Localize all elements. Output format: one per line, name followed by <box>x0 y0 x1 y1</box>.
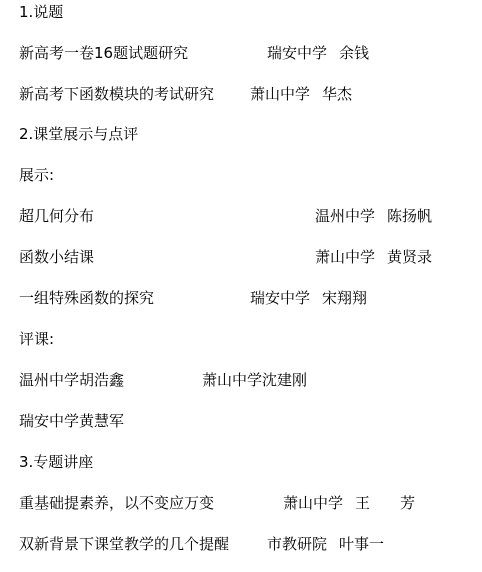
lecture-row: 双新背景下课堂教学的几个提醒 市教研院 叶事一 <box>19 534 38 554</box>
subheading-show: 展示: <box>19 165 38 185</box>
show-teacher: 宋翔翔 <box>322 288 367 308</box>
talk-speaker: 余钱 <box>339 43 369 63</box>
subheading-review: 评课: <box>19 329 38 349</box>
talk-school: 瑞安中学 <box>267 43 327 63</box>
reviewer: 萧山中学沈建刚 <box>202 370 307 390</box>
talk-row: 新高考下函数模块的考试研究 萧山中学 华杰 <box>19 84 38 104</box>
lecture-school: 萧山中学 <box>283 493 343 513</box>
show-teacher: 陈扬帆 <box>387 206 432 226</box>
talk-speaker: 华杰 <box>322 84 352 104</box>
talk-row: 新高考一卷16题试题研究 瑞安中学 余钱 <box>19 43 38 63</box>
show-school: 萧山中学 <box>315 247 375 267</box>
reviewer-row: 瑞安中学黄慧军 <box>19 411 38 431</box>
section-heading-2: 2.课堂展示与点评 <box>19 124 38 144</box>
lecture-school: 市教研院 <box>267 534 327 554</box>
show-row: 超几何分布 温州中学 陈扬帆 <box>19 206 38 226</box>
lecture-speaker: 叶事一 <box>339 534 384 554</box>
lecture-row: 重基础提素养，以不变应万变 萧山中学 王 芳 <box>19 493 38 513</box>
talk-school: 萧山中学 <box>250 84 310 104</box>
lecture-title: 重基础提素养，以不变应万变 <box>19 493 214 513</box>
show-row: 函数小结课 萧山中学 黄贤录 <box>19 247 38 267</box>
reviewer-row: 温州中学胡浩鑫 萧山中学沈建刚 <box>19 370 38 390</box>
reviewer: 瑞安中学黄慧军 <box>19 411 124 431</box>
show-teacher: 黄贤录 <box>387 247 432 267</box>
talk-title: 新高考下函数模块的考试研究 <box>19 84 214 104</box>
show-row: 一组特殊函数的探究 瑞安中学 宋翔翔 <box>19 288 38 308</box>
show-title: 函数小结课 <box>19 247 94 267</box>
section-heading-1: 1.说题 <box>19 2 38 22</box>
lecture-speaker: 王 芳 <box>355 493 415 513</box>
talk-title: 新高考一卷16题试题研究 <box>19 43 188 63</box>
show-school: 温州中学 <box>315 206 375 226</box>
reviewer: 温州中学胡浩鑫 <box>19 370 124 390</box>
section-heading-3: 3.专题讲座 <box>19 452 38 472</box>
show-title: 超几何分布 <box>19 206 94 226</box>
show-title: 一组特殊函数的探究 <box>19 288 154 308</box>
lecture-title: 双新背景下课堂教学的几个提醒 <box>19 534 229 554</box>
show-school: 瑞安中学 <box>250 288 310 308</box>
